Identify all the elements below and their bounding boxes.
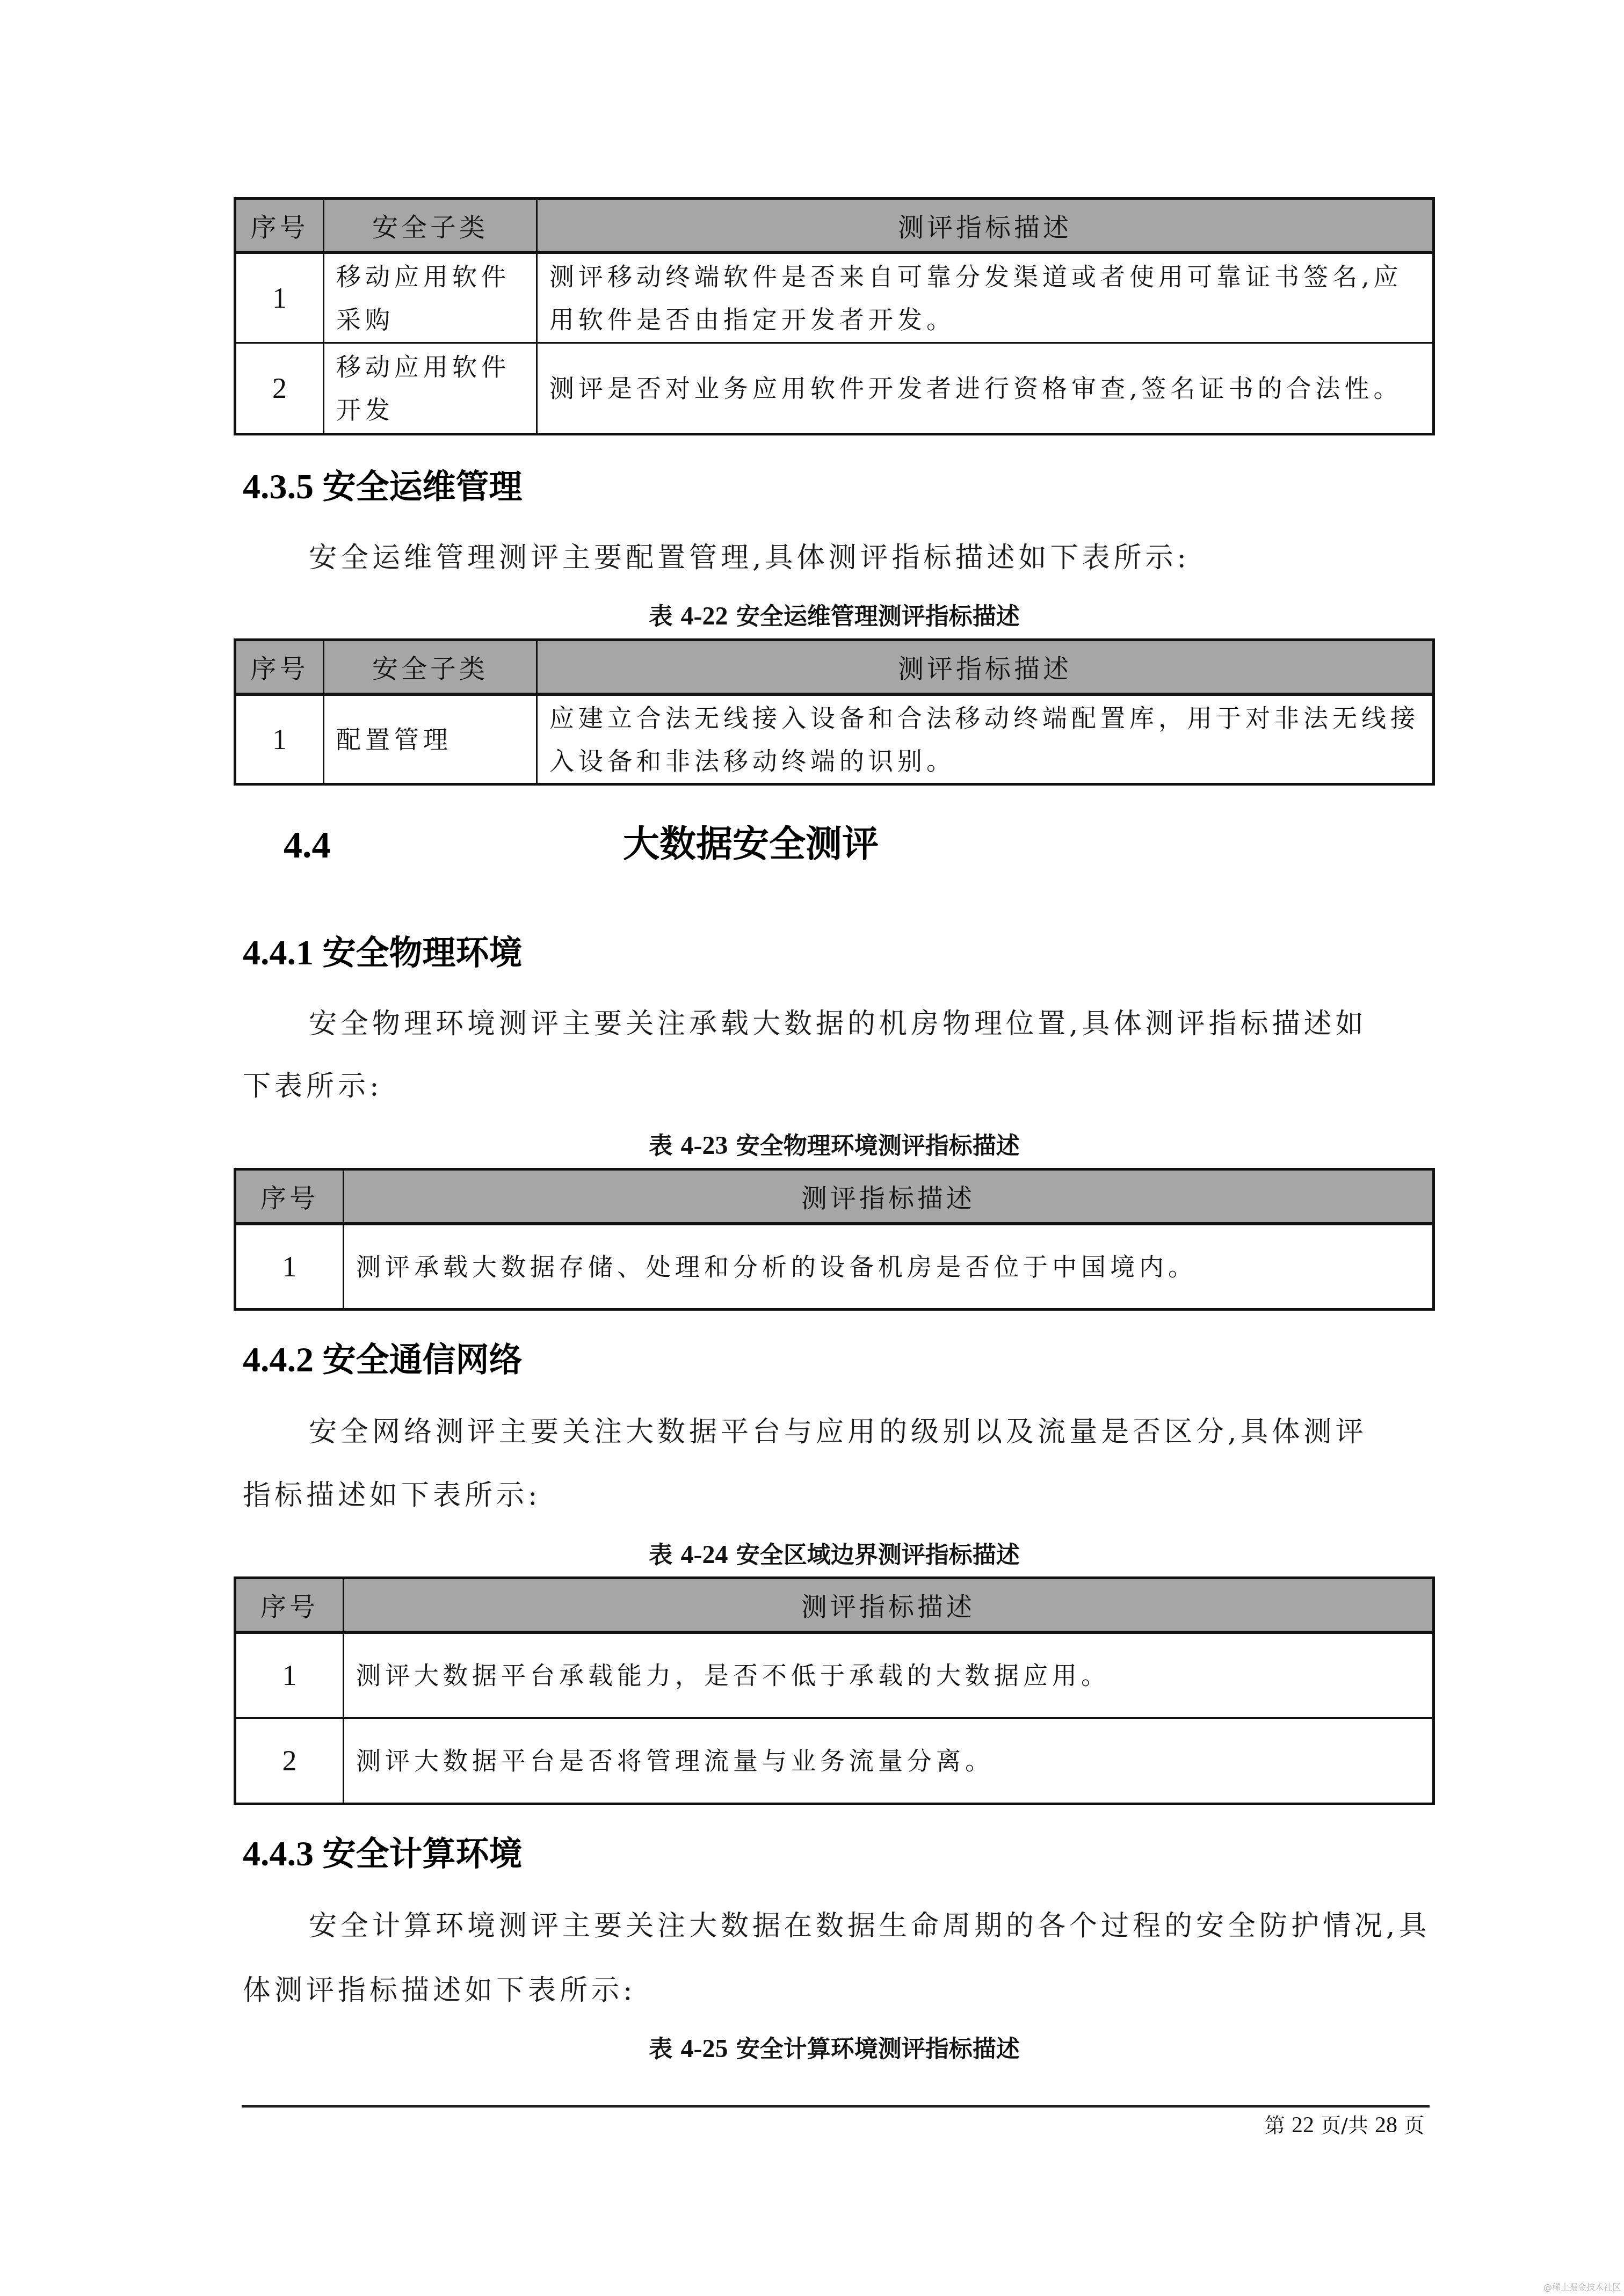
page-mid: 页/共	[1321, 2113, 1368, 2137]
caption-number: 4-25	[681, 2035, 728, 2063]
table-header-row: 序号 测评指标描述	[235, 1578, 1434, 1632]
page-prefix: 第	[1265, 2113, 1285, 2137]
section-heading-4-4-1: 4.4.1 安全物理环境	[243, 929, 523, 977]
section-heading-4-4-3: 4.4.3 安全计算环境	[243, 1830, 523, 1878]
header-description: 测评指标描述	[537, 199, 1434, 252]
row-index: 2	[235, 1718, 344, 1804]
table-row: 2 测评大数据平台是否将管理流量与业务流量分离。	[235, 1718, 1434, 1804]
table-4-24: 序号 测评指标描述 1 测评大数据平台承载能力，是否不低于承载的大数据应用。 2…	[234, 1576, 1435, 1805]
header-index: 序号	[235, 1169, 344, 1224]
row-description: 测评移动终端软件是否来自可靠分发渠道或者使用可靠证书签名,应用软件是否由指定开发…	[537, 252, 1434, 343]
heading-text: 安全运维管理	[323, 467, 523, 506]
header-index: 序号	[235, 199, 324, 252]
table-caption-4-25: 表 4-25 安全计算环境测评指标描述	[234, 2033, 1435, 2066]
paragraph-4-4-1-line2: 下表所示:	[243, 1055, 383, 1118]
row-description: 测评承载大数据存储、处理和分析的设备机房是否位于中国境内。	[344, 1224, 1434, 1310]
heading-text: 安全通信网络	[323, 1340, 523, 1379]
caption-text: 安全运维管理测评指标描述	[736, 603, 1020, 630]
watermark: @稀土掘金技术社区	[1543, 2280, 1621, 2293]
header-description: 测评指标描述	[344, 1578, 1434, 1632]
total-pages: 28	[1375, 2113, 1397, 2138]
paragraph-4-4-1-line1: 安全物理环境测评主要关注承载大数据的机房物理位置,具体测评指标描述如	[309, 992, 1367, 1056]
caption-prefix: 表	[649, 1542, 672, 1569]
header-index: 序号	[235, 640, 324, 694]
paragraph-4-3-5: 安全运维管理测评主要配置管理,具体测评指标描述如下表所示:	[309, 526, 1190, 590]
row-description: 测评是否对业务应用软件开发者进行资格审查,签名证书的合法性。	[537, 343, 1434, 434]
heading-text: 安全计算环境	[323, 1834, 523, 1873]
caption-text: 安全计算环境测评指标描述	[736, 2036, 1020, 2063]
header-subclass: 安全子类	[324, 199, 537, 252]
heading-number: 4.3.5	[243, 467, 314, 506]
section-heading-4-4-number: 4.4	[284, 822, 331, 870]
row-index: 1	[235, 1632, 344, 1718]
caption-number: 4-23	[681, 1131, 728, 1160]
section-heading-4-4-text: 大数据安全测评	[623, 820, 879, 869]
row-description: 应建立合法无线接入设备和合法移动终端配置库，用于对非法无线接入设备和非法移动终端…	[537, 694, 1434, 784]
table-row: 1 测评大数据平台承载能力，是否不低于承载的大数据应用。	[235, 1632, 1434, 1718]
page-number: 第 22 页/共 28 页	[1235, 2109, 1424, 2141]
table-row: 2 移动应用软件开发 测评是否对业务应用软件开发者进行资格审查,签名证书的合法性…	[235, 343, 1434, 434]
caption-prefix: 表	[649, 603, 672, 630]
section-heading-4-4-2: 4.4.2 安全通信网络	[243, 1336, 523, 1384]
table-header-row: 序号 安全子类 测评指标描述	[235, 640, 1434, 694]
table-4-23: 序号 测评指标描述 1 测评承载大数据存储、处理和分析的设备机房是否位于中国境内…	[234, 1168, 1435, 1311]
header-index: 序号	[235, 1578, 344, 1632]
paragraph-4-4-3-line2: 体测评指标描述如下表所示:	[243, 1959, 636, 2022]
table-caption-4-23: 表 4-23 安全物理环境测评指标描述	[234, 1130, 1435, 1162]
row-index: 1	[235, 252, 324, 343]
current-page: 22	[1292, 2113, 1314, 2138]
caption-prefix: 表	[649, 1132, 672, 1160]
table-caption-4-24: 表 4-24 安全区域边界测评指标描述	[234, 1539, 1435, 1572]
caption-number: 4-24	[681, 1541, 728, 1569]
paragraph-4-4-2-line1: 安全网络测评主要关注大数据平台与应用的级别以及流量是否区分,具体测评	[309, 1400, 1367, 1464]
table-4-22: 序号 安全子类 测评指标描述 1 配置管理 应建立合法无线接入设备和合法移动终端…	[234, 638, 1435, 786]
table-row: 1 配置管理 应建立合法无线接入设备和合法移动终端配置库，用于对非法无线接入设备…	[235, 694, 1434, 784]
header-subclass: 安全子类	[324, 640, 537, 694]
table-mobile-app-software: 序号 安全子类 测评指标描述 1 移动应用软件采购 测评移动终端软件是否来自可靠…	[234, 197, 1435, 435]
caption-text: 安全区域边界测评指标描述	[736, 1542, 1020, 1569]
footer-divider	[242, 2105, 1430, 2108]
heading-number: 4.4.2	[243, 1340, 314, 1379]
row-index: 1	[235, 1224, 344, 1310]
row-subclass: 配置管理	[324, 694, 537, 784]
table-header-row: 序号 安全子类 测评指标描述	[235, 199, 1434, 252]
table-row: 1 移动应用软件采购 测评移动终端软件是否来自可靠分发渠道或者使用可靠证书签名,…	[235, 252, 1434, 343]
header-description: 测评指标描述	[537, 640, 1434, 694]
row-description: 测评大数据平台承载能力，是否不低于承载的大数据应用。	[344, 1632, 1434, 1718]
table-row: 1 测评承载大数据存储、处理和分析的设备机房是否位于中国境内。	[235, 1224, 1434, 1310]
heading-text: 安全物理环境	[323, 933, 523, 972]
section-heading-4-3-5: 4.3.5 安全运维管理	[243, 463, 523, 511]
row-subclass: 移动应用软件采购	[324, 252, 537, 343]
table-header-row: 序号 测评指标描述	[235, 1169, 1434, 1224]
heading-number: 4.4.1	[243, 933, 314, 972]
paragraph-4-4-3-line1: 安全计算环境测评主要关注大数据在数据生命周期的各个过程的安全防护情况,具	[309, 1894, 1431, 1958]
heading-number: 4.4.3	[243, 1834, 314, 1873]
page-suffix: 页	[1404, 2113, 1424, 2137]
row-description: 测评大数据平台是否将管理流量与业务流量分离。	[344, 1718, 1434, 1804]
caption-text: 安全物理环境测评指标描述	[736, 1132, 1020, 1160]
header-description: 测评指标描述	[344, 1169, 1434, 1224]
row-index: 1	[235, 694, 324, 784]
row-subclass: 移动应用软件开发	[324, 343, 537, 434]
caption-number: 4-22	[681, 602, 728, 630]
table-caption-4-22: 表 4-22 安全运维管理测评指标描述	[234, 600, 1435, 633]
heading-text: 大数据安全测评	[623, 823, 879, 866]
caption-prefix: 表	[649, 2036, 672, 2063]
row-index: 2	[235, 343, 324, 434]
paragraph-4-4-2-line2: 指标描述如下表所示:	[243, 1464, 541, 1527]
